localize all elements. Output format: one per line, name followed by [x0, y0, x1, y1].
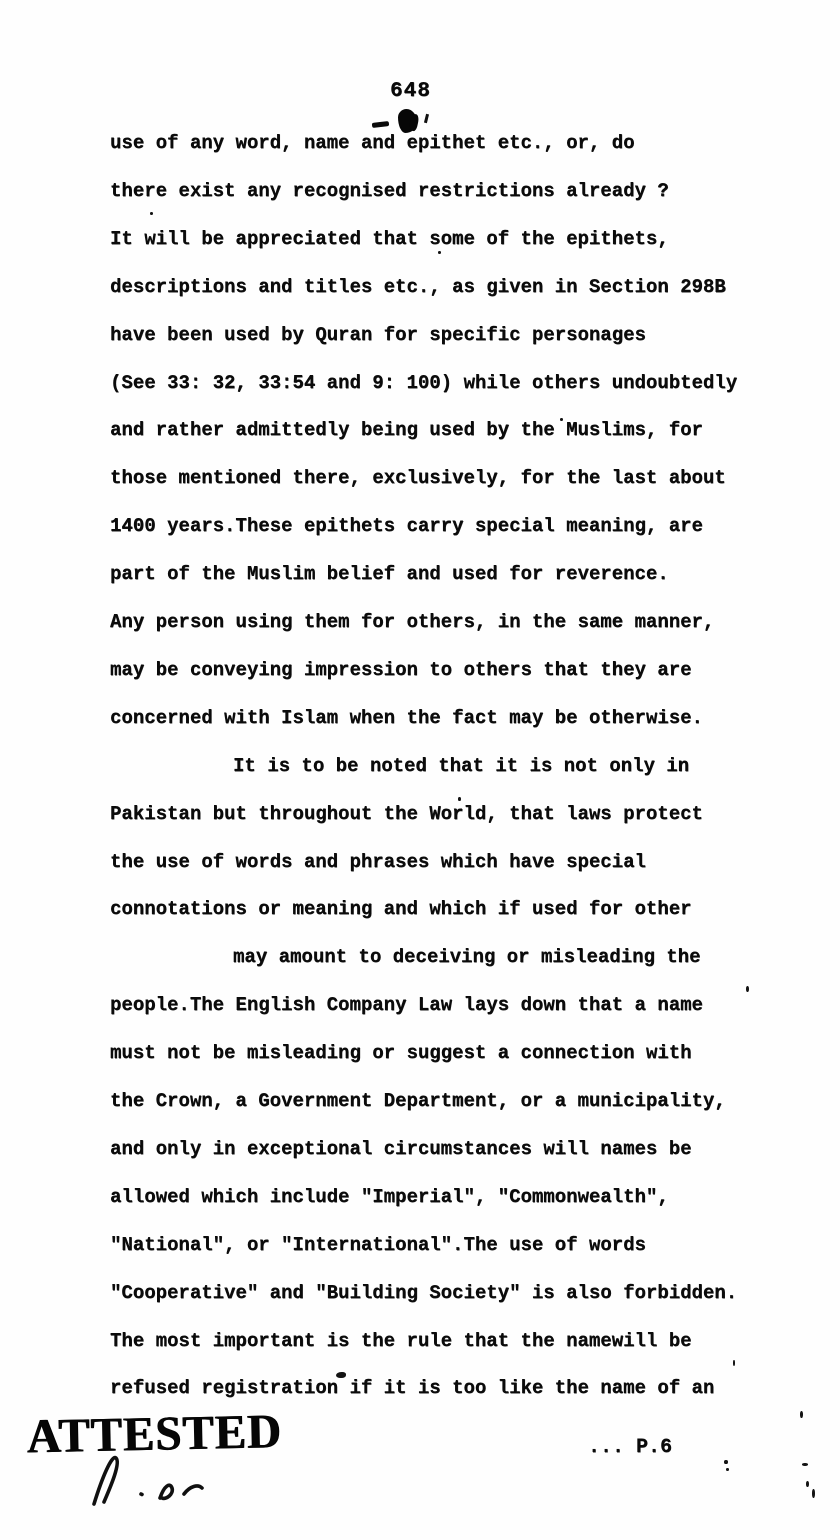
- ink-dash: [372, 121, 389, 128]
- text-line: concerned with Islam when the fact may b…: [110, 707, 703, 729]
- text-line: and rather admittedly being used by the …: [110, 419, 703, 441]
- signature-icon: [76, 1448, 246, 1508]
- ink-speck: [458, 797, 461, 801]
- text-line: Pakistan but throughout the World, that …: [110, 803, 703, 825]
- text-line: connotations or meaning and which if use…: [110, 898, 692, 920]
- ink-speck: [724, 1460, 728, 1464]
- text-line: (See 33: 32, 33:54 and 9: 100) while oth…: [110, 372, 737, 394]
- text-line: The most important is the rule that the …: [110, 1330, 692, 1352]
- text-line: "National", or "International".The use o…: [110, 1234, 646, 1256]
- text-line: refused registration if it is too like t…: [110, 1377, 714, 1399]
- text-line: may be conveying impression to others th…: [110, 659, 692, 681]
- text-line: 1400 years.These epithets carry special …: [110, 515, 703, 537]
- page-continuation-ref: ... P.6: [588, 1436, 672, 1459]
- page-number: 648: [390, 80, 431, 103]
- text-line: part of the Muslim belief and used for r…: [110, 563, 669, 585]
- text-line: Any person using them for others, in the…: [110, 611, 714, 633]
- ink-speck: [560, 418, 563, 421]
- scanned-document-page: 648 use of any word, name and epithet et…: [0, 0, 840, 1540]
- text-line: have been used by Quran for specific per…: [110, 324, 646, 346]
- text-line: use of any word, name and epithet etc., …: [110, 132, 635, 154]
- ink-tick: [424, 114, 429, 123]
- text-line: and only in exceptional circumstances wi…: [110, 1138, 692, 1160]
- text-line: descriptions and titles etc., as given i…: [110, 276, 726, 298]
- text-line: the use of words and phrases which have …: [110, 851, 646, 873]
- ink-speck: [812, 1489, 815, 1498]
- text-line: those mentioned there, exclusively, for …: [110, 467, 726, 489]
- text-line: the Crown, a Government Department, or a…: [110, 1090, 726, 1112]
- text-line: "Cooperative" and "Building Society" is …: [110, 1282, 737, 1304]
- ink-speck: [800, 1411, 803, 1418]
- ink-speck: [438, 251, 441, 254]
- text-line: allowed which include "Imperial", "Commo…: [110, 1186, 669, 1208]
- text-line: may amount to deceiving or misleading th…: [233, 946, 700, 968]
- ink-speck: [802, 1463, 808, 1466]
- ink-smudge: [336, 1372, 346, 1378]
- ink-speck: [746, 986, 749, 992]
- text-line: It will be appreciated that some of the …: [110, 228, 669, 250]
- text-line: people.The English Company Law lays down…: [110, 994, 703, 1016]
- ink-speck: [806, 1481, 809, 1487]
- text-line: It is to be noted that it is not only in: [233, 755, 689, 777]
- ink-speck: [150, 212, 153, 215]
- ink-speck: [733, 1360, 735, 1366]
- text-line: must not be misleading or suggest a conn…: [110, 1042, 692, 1064]
- text-line: there exist any recognised restrictions …: [110, 180, 669, 202]
- ink-speck: [726, 1468, 729, 1471]
